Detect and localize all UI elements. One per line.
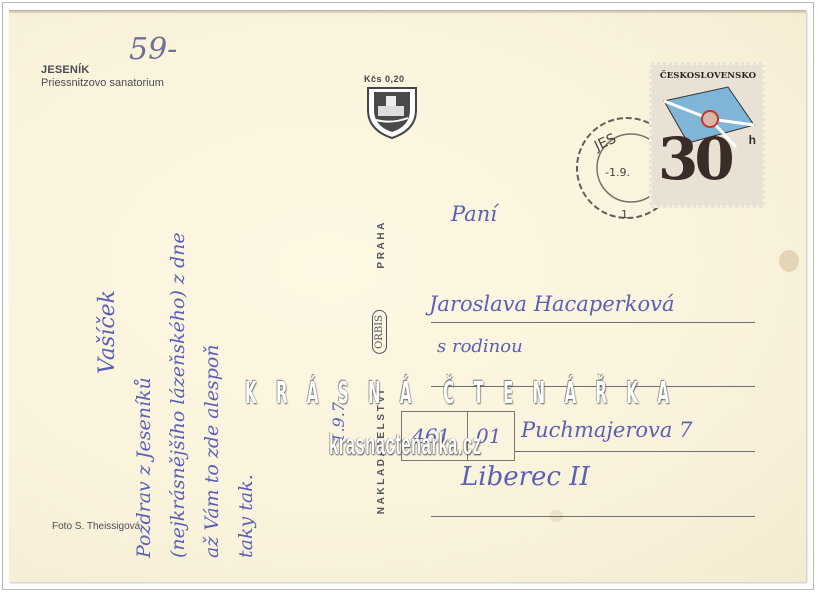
message-line: taky tak. (229, 118, 263, 558)
address-city: Liberec II (461, 462, 590, 492)
address-line (431, 322, 755, 323)
handwritten-message: Pozdrav z Jeseníků (nejkrásnějšího lázeň… (127, 118, 263, 558)
address-line (431, 516, 755, 517)
message-line: (nejkrásnějšího lázeňského) z dne (161, 118, 195, 558)
postcard: 59- JESENÍK Priessnitzovo sanatorium Kčs… (9, 10, 806, 582)
message-line: až Vám to zde alespoň (195, 118, 229, 558)
photo-credit: Foto S. Theissigová (52, 521, 140, 532)
address-line2: s rodinou (437, 336, 523, 357)
tourism-emblem: Kčs 0,20 (354, 74, 430, 140)
address-name: Jaroslava Hacaperková (429, 292, 674, 316)
svg-text:1: 1 (621, 208, 628, 221)
postage-stamp: ČESKOSLOVENSKO 30 h (649, 62, 765, 208)
stamp-currency: h (749, 133, 756, 147)
watermark-site: krasnactenarka.cz (329, 428, 481, 462)
publisher-city: PRAHA (376, 220, 387, 269)
stamp-value: 30 (658, 125, 731, 193)
message-line: Pozdrav z Jeseníků (127, 118, 161, 558)
address-street: Puchmajerova 7 (521, 418, 692, 442)
watermark-title: K R Á S N Á Č T E N Á Ř K A (245, 376, 676, 411)
address-salutation: Paní (451, 202, 497, 226)
pencil-number: 59- (129, 32, 177, 67)
publisher-logo: ORBIS (372, 310, 387, 354)
caption-subject: Priessnitzovo sanatorium (41, 77, 164, 90)
stamp-country: ČESKOSLOVENSKO (656, 71, 760, 81)
signature: Vašíček (95, 290, 120, 374)
emblem-price: Kčs 0,20 (364, 74, 405, 84)
stain (779, 250, 799, 272)
caption-place: JESENÍK (41, 64, 164, 77)
svg-text:JES: JES (591, 131, 619, 155)
svg-text:-1.9.: -1.9. (605, 166, 630, 179)
address-line (515, 451, 755, 452)
printed-caption: JESENÍK Priessnitzovo sanatorium (41, 64, 164, 90)
